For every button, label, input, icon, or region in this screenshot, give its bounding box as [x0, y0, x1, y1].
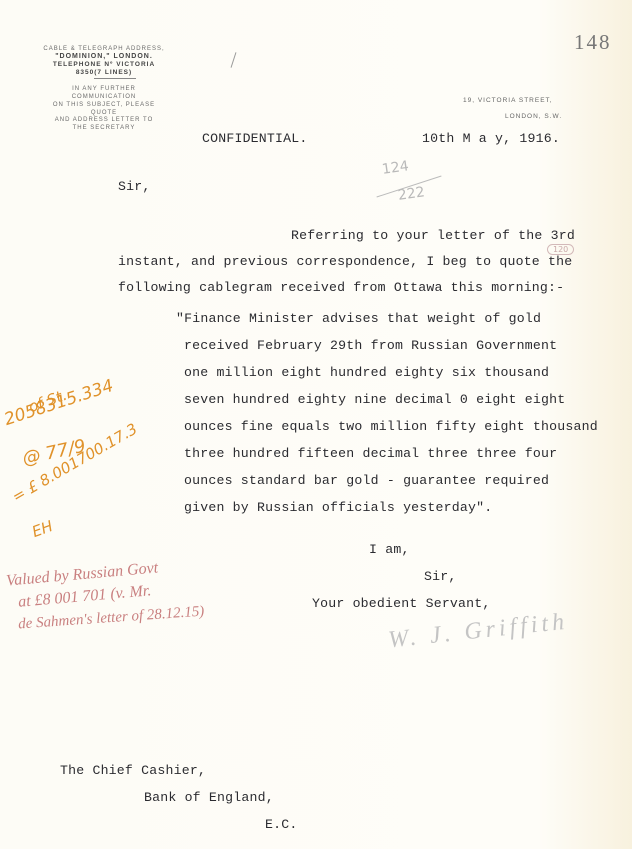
circled-pencil-note: 120	[547, 244, 574, 255]
letterhead-cable-address: CABLE & TELEGRAPH ADDRESS, "DOMINION," L…	[40, 45, 168, 77]
body-intro-line: Referring to your letter of the 3rd	[291, 228, 575, 243]
cablegram-line: seven hundred eighty nine decimal 0 eigh…	[184, 392, 565, 407]
letterhead-line: THE SECRETARY	[40, 124, 168, 132]
recipient-institution: Bank of England,	[144, 790, 274, 805]
closing-line: I am,	[369, 542, 410, 557]
letterhead-line: TELEPHONE Nº VICTORIA 8350(7 LINES)	[40, 61, 168, 77]
pencil-ref-bottom: 222	[397, 184, 426, 204]
margin-calc-initials: EH	[30, 517, 56, 541]
recipient-title: The Chief Cashier,	[60, 763, 206, 778]
cablegram-line: given by Russian officials yesterday".	[184, 500, 492, 515]
letterhead-line: AND ADDRESS LETTER TO	[40, 116, 168, 124]
cablegram-line: three hundred fifteen decimal three thre…	[184, 446, 557, 461]
letterhead-line: "DOMINION," LONDON.	[40, 53, 168, 61]
letterhead-divider	[94, 78, 136, 79]
cablegram-line: one million eight hundred eighty six tho…	[184, 365, 549, 380]
letter-date: 10th M a y, 1916.	[422, 131, 560, 146]
pencil-tick-mark	[231, 52, 237, 68]
cablegram-line: ounces fine equals two million fifty eig…	[184, 419, 598, 434]
sender-city: LONDON, S.W.	[505, 113, 562, 120]
closing-line: Sir,	[424, 569, 456, 584]
cablegram-line: "Finance Minister advises that weight of…	[176, 311, 541, 326]
letterhead-quote-note: IN ANY FURTHER COMMUNICATION ON THIS SUB…	[40, 85, 168, 117]
classification-label: CONFIDENTIAL.	[202, 131, 307, 146]
recipient-district: E.C.	[265, 817, 297, 832]
pencil-ref-top: 124	[381, 158, 410, 178]
page-number: 148	[574, 30, 612, 55]
body-intro-line: following cablegram received from Ottawa…	[118, 280, 564, 295]
margin-calc-line: 2058315.334	[2, 376, 116, 430]
cablegram-line: received February 29th from Russian Gove…	[184, 338, 557, 353]
letter-page: CABLE & TELEGRAPH ADDRESS, "DOMINION," L…	[0, 0, 632, 849]
letterhead-line: CABLE & TELEGRAPH ADDRESS,	[40, 45, 168, 53]
signature: W. J. Griffith	[387, 609, 569, 655]
body-intro-line: instant, and previous correspondence, I …	[118, 254, 572, 269]
salutation: Sir,	[118, 179, 150, 194]
letterhead-line: ON THIS SUBJECT, PLEASE QUOTE	[40, 101, 168, 117]
cablegram-line: ounces standard bar gold - guarantee req…	[184, 473, 549, 488]
letterhead-line: IN ANY FURTHER COMMUNICATION	[40, 85, 168, 101]
letterhead-address-to: AND ADDRESS LETTER TO THE SECRETARY	[40, 116, 168, 132]
sender-street: 19, VICTORIA STREET,	[463, 97, 553, 104]
closing-line: Your obedient Servant,	[312, 596, 491, 611]
